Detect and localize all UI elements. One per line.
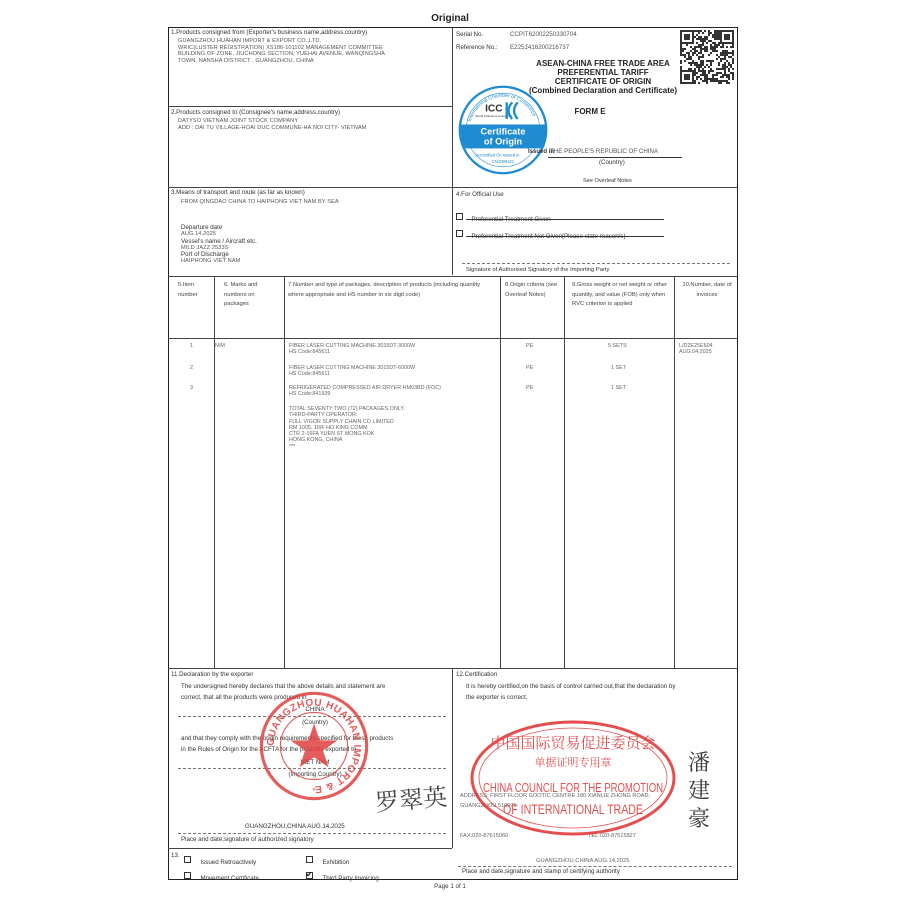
issued-in-underline — [548, 157, 682, 158]
item-number: 3 — [190, 385, 193, 391]
header-item-number: 5.Item number — [178, 281, 212, 300]
col-divider-3 — [500, 276, 501, 668]
certification-text-1: It is hereby certified,on the basis of c… — [466, 683, 675, 691]
divider-box1-box2 — [168, 106, 452, 107]
hs-code: HS Code:845611 — [289, 349, 415, 355]
box11-label: 11.Declaration by the exporter — [171, 671, 253, 679]
quantity: 5 SETS — [608, 343, 627, 349]
divider-box2-box3 — [168, 187, 738, 188]
consignee-address: DATYSO VIETNAM JOINT STOCK COMPANY ADD :… — [178, 118, 367, 131]
svg-text:Accredited On Issued in: Accredited On Issued in — [476, 153, 520, 158]
item-description: FIBER LASER CUTTING MACHINE 3015DT-6000W… — [289, 365, 415, 378]
box12-label: 12.Certification — [456, 671, 497, 679]
preferential-not-given-checkbox[interactable] — [456, 230, 463, 237]
hs-code: HS Code:841939 — [289, 391, 441, 397]
exporter-line: TOWN, NANSHA DISTRICT , GUANGZHOU, CHINA — [178, 58, 385, 65]
reference-label: Reference No.: — [456, 44, 498, 52]
svg-text:中国国际贸易促进委员会: 中国国际贸易促进委员会 — [490, 734, 655, 752]
third-party-invoicing-label: Third Party Invoicing — [322, 875, 378, 882]
certifier-signature-caption: Place and date,signature and stamp of ce… — [462, 868, 620, 876]
divider-lower-vertical — [452, 668, 453, 848]
signature-char: 建 — [688, 778, 710, 806]
header-marks: 6. Marks and numbers on packages — [224, 281, 276, 310]
exhibition-label: Exhibition — [322, 859, 349, 866]
serial-value: CCPIT62002250330704 — [510, 31, 577, 39]
option-underline — [466, 219, 664, 220]
form-label: FORM E — [560, 107, 620, 116]
col-divider-5 — [674, 276, 675, 668]
item-number: 2 — [190, 365, 193, 371]
movement-certificate-checkbox[interactable] — [184, 872, 191, 879]
signature-char: 潘 — [688, 750, 710, 778]
issued-retroactively-label: Issued Retroactively — [200, 859, 256, 866]
exporter-address: GUANGZHOU HUAHAN IMPORT & EXPORT CO.,LTD… — [178, 38, 385, 64]
svg-text:*: * — [312, 786, 316, 796]
quantity: 1 SET — [611, 365, 626, 371]
certifier-signature: 潘 建 豪 — [688, 750, 710, 834]
reference-value: E225141620021673​7 — [510, 44, 569, 52]
box4-label: 4.For Official Use — [456, 191, 504, 199]
importing-signature-line — [462, 263, 730, 264]
departure-value: AUG.14,2025 — [181, 231, 257, 238]
movement-certificate-label: Movement Certificate — [200, 875, 258, 882]
exporter-signature: 罗翠英 — [374, 777, 449, 818]
title-line: PREFERENTIAL TARIFF — [478, 68, 728, 77]
col-divider-4 — [564, 276, 565, 668]
invoice-date: AUG.04,2025 — [679, 349, 713, 355]
certification-text-2: the exporter is correct. — [466, 694, 528, 702]
option-underline — [466, 236, 664, 237]
box1-label: 1.Products consigned from (Exporter's bu… — [171, 29, 367, 37]
divider-table-bottom — [168, 668, 738, 669]
svg-text:ICC: ICC — [485, 104, 503, 115]
exporter-company-stamp: GUANGZHOU HUAHAN IMPORT & EXPORT CO.,LTD… — [258, 690, 370, 802]
third-party-invoicing-checkbox[interactable] — [306, 872, 313, 879]
signature-char: 豪 — [688, 806, 710, 834]
box2-label: 2.Products consigned to (Consignee's nam… — [171, 109, 340, 117]
page-indicator: Page 1 of 1 — [0, 883, 900, 891]
overleaf-notes: See Overleaf Notes — [583, 177, 632, 185]
exporter-line: GUANGZHOU HUAHAN IMPORT & EXPORT CO.,LTD… — [178, 38, 385, 45]
item-description: FIBER LASER CUTTING MACHINE 3015DT-3000W… — [289, 343, 415, 356]
vessel-label: Vessel's name / Aircraft etc. — [181, 238, 257, 245]
divider-table-header — [168, 338, 738, 339]
exporter-signature-caption: Place and date,signature of authorized s… — [181, 836, 314, 844]
box3-label: 3.Means of transport and route (as far a… — [171, 189, 305, 197]
transport-details: Departure date AUG.14,2025 Vessel's name… — [181, 224, 257, 265]
origin-criteria: PE — [526, 385, 533, 391]
certifier-place-date: GUANGZHOU,CHINA AUG.14,2025 — [536, 857, 629, 865]
item-number: 1 — [190, 343, 193, 349]
svg-text:单据证明专用章: 单据证明专用章 — [535, 755, 612, 769]
origin-criteria: PE — [526, 365, 533, 371]
icc-certificate-badge: International Chamber of Commerce ICC Wo… — [457, 84, 549, 176]
svg-text:of Origin: of Origin — [484, 137, 523, 147]
title-line: ASEAN-CHINA FREE TRADE AREA — [478, 59, 728, 68]
certifier-signature-line — [458, 866, 732, 867]
col-divider-2 — [284, 276, 285, 668]
preferential-given-checkbox[interactable] — [456, 213, 463, 220]
divider-upper-vertical — [452, 27, 453, 275]
departure-label: Departure date — [181, 224, 257, 231]
quantity: 1 SET — [611, 385, 626, 391]
preferential-given-option[interactable]: Preferential Treatment Given — [456, 208, 551, 226]
col-divider-1 — [214, 276, 215, 668]
invoice-info: L/D2E25E604 AUG.04,2025 — [679, 343, 713, 356]
consignee-line: ADD : DAI TU VILLAGE-HOAI DUC COMMUNE-HA… — [178, 125, 367, 132]
svg-text:CHINA COUNCIL FOR THE PROMOTIO: CHINA COUNCIL FOR THE PROMOTION — [483, 780, 663, 795]
exhibition-checkbox[interactable] — [306, 856, 313, 863]
port-label: Port of Discharge — [181, 251, 257, 258]
hs-code: HS Code:845611 — [289, 371, 415, 377]
note-line: FULL VIGOR SUPPLY CHAIN CO LIMITED — [289, 419, 405, 425]
divider-box13 — [168, 848, 452, 849]
box13-number: 13. — [171, 852, 180, 860]
divider-table-top — [168, 276, 738, 277]
transport-route: FROM QINGDAO CHINA TO HAIPHONG VIET NAM … — [181, 199, 339, 206]
item-description: REFRIGERATED COMPRESSED AIR DRYER HM03BD… — [289, 385, 441, 398]
exporter-line: BUILDING OF ZONE, JIUCHONG SECTION, YUEH… — [178, 51, 385, 58]
preferential-not-given-option[interactable]: Preferential Treatment Not Given(Please … — [456, 225, 626, 243]
issued-in-country: THE PEOPLE'S REPUBLIC OF CHINA — [550, 148, 658, 156]
shipment-notes: TOTAL:SEVENTY TWO (72) PACKAGES ONLY. TH… — [289, 406, 405, 450]
exporter-place-date: GUANGZHOU,CHINA AUG.14,2025 — [245, 823, 345, 831]
exporter-line: WRIC(LUSTER REGISTRATION) XS186-101102 M… — [178, 45, 385, 52]
exporter-signature-line — [178, 833, 446, 834]
ccpit-official-stamp: 中国国际贸易促进委员会 单据证明专用章 CHINA COUNCIL FOR TH… — [468, 718, 678, 838]
consignee-line: DATYSO VIETNAM JOINT STOCK COMPANY — [178, 118, 367, 125]
marks-value: N/M — [215, 343, 225, 349]
issued-retroactively-checkbox[interactable] — [184, 856, 191, 863]
serial-label: Serial No. — [456, 31, 483, 39]
svg-text:CN1089121: CN1089121 — [492, 159, 515, 164]
port-value: HAIPHONG VIET NAM — [181, 258, 257, 265]
header-origin-criteria: 8.Origin criteria (see Overleaf Notes) — [505, 281, 560, 300]
header-description: 7.Number and type of packages, descripti… — [288, 281, 493, 300]
note-line: *** — [289, 444, 405, 450]
header-invoice: 10.Number, date of invoices — [680, 281, 734, 300]
svg-text:OF INTERNATIONAL TRADE: OF INTERNATIONAL TRADE — [503, 801, 643, 817]
vessel-value: MILD JAZZ 2533S — [181, 245, 257, 252]
document-heading: Original — [0, 13, 900, 24]
country-caption: (Country) — [599, 159, 625, 167]
header-quantity: 9.Gross weight or net weight or other qu… — [572, 281, 668, 310]
svg-text:Certificate: Certificate — [481, 127, 526, 137]
origin-criteria: PE — [526, 343, 533, 349]
importing-signature-caption: Signature of Authorised Signatory of the… — [466, 266, 609, 274]
